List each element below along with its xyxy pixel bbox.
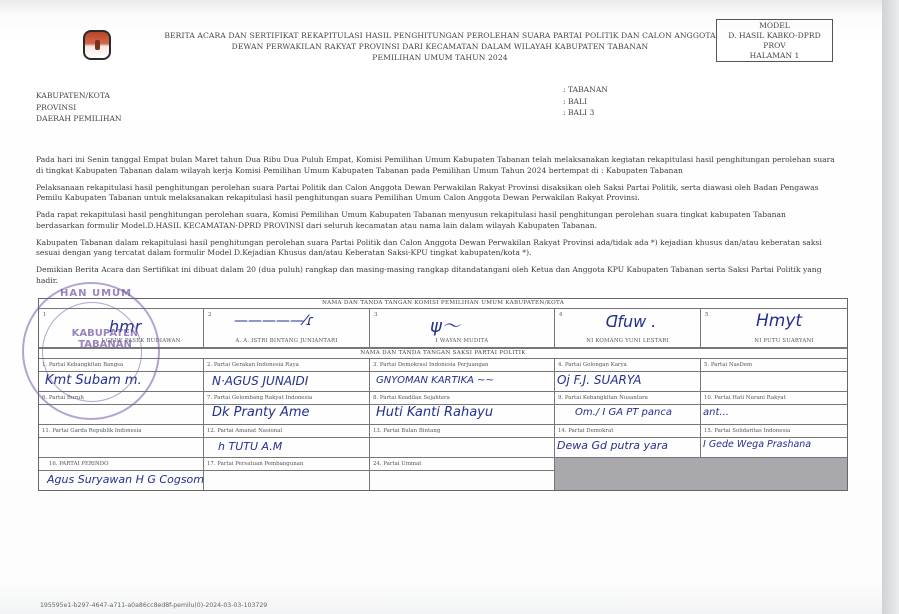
document-id: 195595e1-b297-4647-a711-a0a86cc8ed8f-pem… [40,602,267,609]
signature: ant... [703,407,729,418]
signature: Huti Kanti Rahayu [376,405,493,420]
paragraph-2: Pelaksanaan rekapitulasi hasil penghitun… [36,183,836,204]
meta-values: : TABANAN : BALI : BALI 3 [563,84,608,119]
party-cell-15: 15. Partai Solidaritas Indonesia I Gede … [701,425,847,457]
party-row-2: 6. Partai Buruh 7. Partai Gelombang Raky… [39,392,847,425]
party-cell-4: 4. Partai Golongan Karya Oj F.J. SUARYA [555,359,701,391]
paragraph-3: Pada rapat rekapitulasi hasil penghitung… [36,210,836,231]
value-daerah-pemilihan: : BALI 3 [563,107,608,119]
unused-gray-block [555,458,847,490]
title-line-3: PEMILIHAN UMUM TAHUN 2024 [160,52,720,63]
party-cell-13: 13. Partai Bulan Bintang [370,425,555,457]
signature: Dk Pranty Ame [212,405,310,420]
saksi-header: NAMA DAN TANDA TANGAN SAKSI PARTAI POLIT… [39,348,847,359]
signature: ψ〜 [430,312,460,338]
party-row-3: 11. Partai Garda Republik Indonesia 12. … [39,425,847,458]
party-cell-11: 11. Partai Garda Republik Indonesia [39,425,204,457]
label-provinsi: PROVINSI [36,102,122,114]
document-title: BERITA ACARA DAN SERTIFIKAT REKAPITULASI… [160,30,720,63]
party-cell-16: 16. PARTAI PERINDO Agus Suryawan H G Cog… [39,458,204,490]
party-cell-8: 8. Partai Keadilan Sejahtera Huti Kanti … [370,392,555,424]
model-line-1: MODEL [717,21,832,31]
paragraph-1: Pada hari ini Senin tanggal Empat bulan … [36,155,836,176]
signature: Oj F.J. SUARYA [557,373,642,387]
kpu-member-2: 2 —————⁄ɾ A. A. ISTRI BINTANG JUNIANTARI [204,309,370,347]
signature: h TUTU A.M [218,440,282,453]
label-daerah-pemilihan: DAERAH PEMILIHAN [36,113,122,125]
party-cell-7: 7. Partai Gelombang Rakyat Indonesia Dk … [204,392,370,424]
kpu-members-row: 1 hmr I GEDE PASEK BUDIAWAN 2 —————⁄ɾ A.… [39,309,847,348]
signature: N·AGUS JUNAIDI [212,374,308,388]
title-line-1: BERITA ACARA DAN SERTIFIKAT REKAPITULASI… [160,30,720,41]
party-row-1: 1. Partai Kebangkitan Bangsa Kmt Subam m… [39,359,847,392]
signature: Agus Suryawan H G Cogsom [47,473,204,486]
label-kabupaten: KABUPATEN/KOTA [36,90,122,102]
signature: Hmyt [756,311,802,331]
page-edge [882,0,899,614]
model-box: MODEL D. HASIL KABKO-DPRD PROV HALAMAN 1 [716,19,833,62]
meta-labels: KABUPATEN/KOTA PROVINSI DAERAH PEMILIHAN [36,90,122,125]
kpu-member-5: 5 Hmyt NI PUTU SUARYANI [701,309,847,347]
party-cell-5: 5. Partai NasDem [701,359,847,391]
signature: GNYOMAN KARTIKA ~~ [376,375,494,386]
party-cell-12: 12. Partai Amanat Nasional h TUTU A.M [204,425,370,457]
signature: Om./ I GA PT panca [575,407,672,418]
paragraph-5: Demikian Berita Acara dan Sertifikat ini… [36,265,836,286]
signature: —————⁄ɾ [234,313,314,329]
party-cell-17: 17. Partai Persatuan Pembangunan [204,458,370,490]
kpu-member-4: 4 ᗡfuw . NI KOMANG YUNI LESTARI [555,309,701,347]
model-line-4: HALAMAN 1 [717,51,832,61]
kpu-member-3: 3 ψ〜 I WAYAN MUDITA [370,309,555,347]
party-cell-3: 3. Partai Demokrasi Indonesia Perjuangan… [370,359,555,391]
value-kabupaten: : TABANAN [563,84,608,96]
party-cell-14: 14. Partai Demokrat Dewa Gd putra yara [555,425,701,457]
model-line-2: D. HASIL KABKO-DPRD [717,31,832,41]
model-line-3: PROV [717,41,832,51]
party-cell-10: 10. Partai Hati Nurani Rakyat ant... [701,392,847,424]
title-line-2: DEWAN PERWAKILAN RAKYAT PROVINSI DARI KE… [160,41,720,52]
official-stamp: HAN UMUM KABUPATEN TABANAN [22,282,160,420]
signature: ᗡfuw . [605,312,656,331]
signature: Dewa Gd putra yara [557,439,668,452]
party-cell-24: 24. Partai Ummat [370,458,555,490]
body-text: Pada hari ini Senin tanggal Empat bulan … [36,155,836,293]
party-row-4: 16. PARTAI PERINDO Agus Suryawan H G Cog… [39,458,847,490]
kpu-logo-icon [83,30,111,60]
value-provinsi: : BALI [563,96,608,108]
signature-table: NAMA DAN TANDA TANGAN KOMISI PEMILIHAN U… [38,298,848,491]
kpu-header: NAMA DAN TANDA TANGAN KOMISI PEMILIHAN U… [39,299,847,309]
paragraph-4: Kabupaten Tabanan dalam rekapitulasi has… [36,238,836,259]
signature: I Gede Wega Prashana [703,439,811,450]
document-page: BERITA ACARA DAN SERTIFIKAT REKAPITULASI… [0,0,882,614]
party-cell-9: 9. Partai Kebangkitan Nusantara Om./ I G… [555,392,701,424]
party-cell-2: 2. Partai Gerakan Indonesia Raya N·AGUS … [204,359,370,391]
